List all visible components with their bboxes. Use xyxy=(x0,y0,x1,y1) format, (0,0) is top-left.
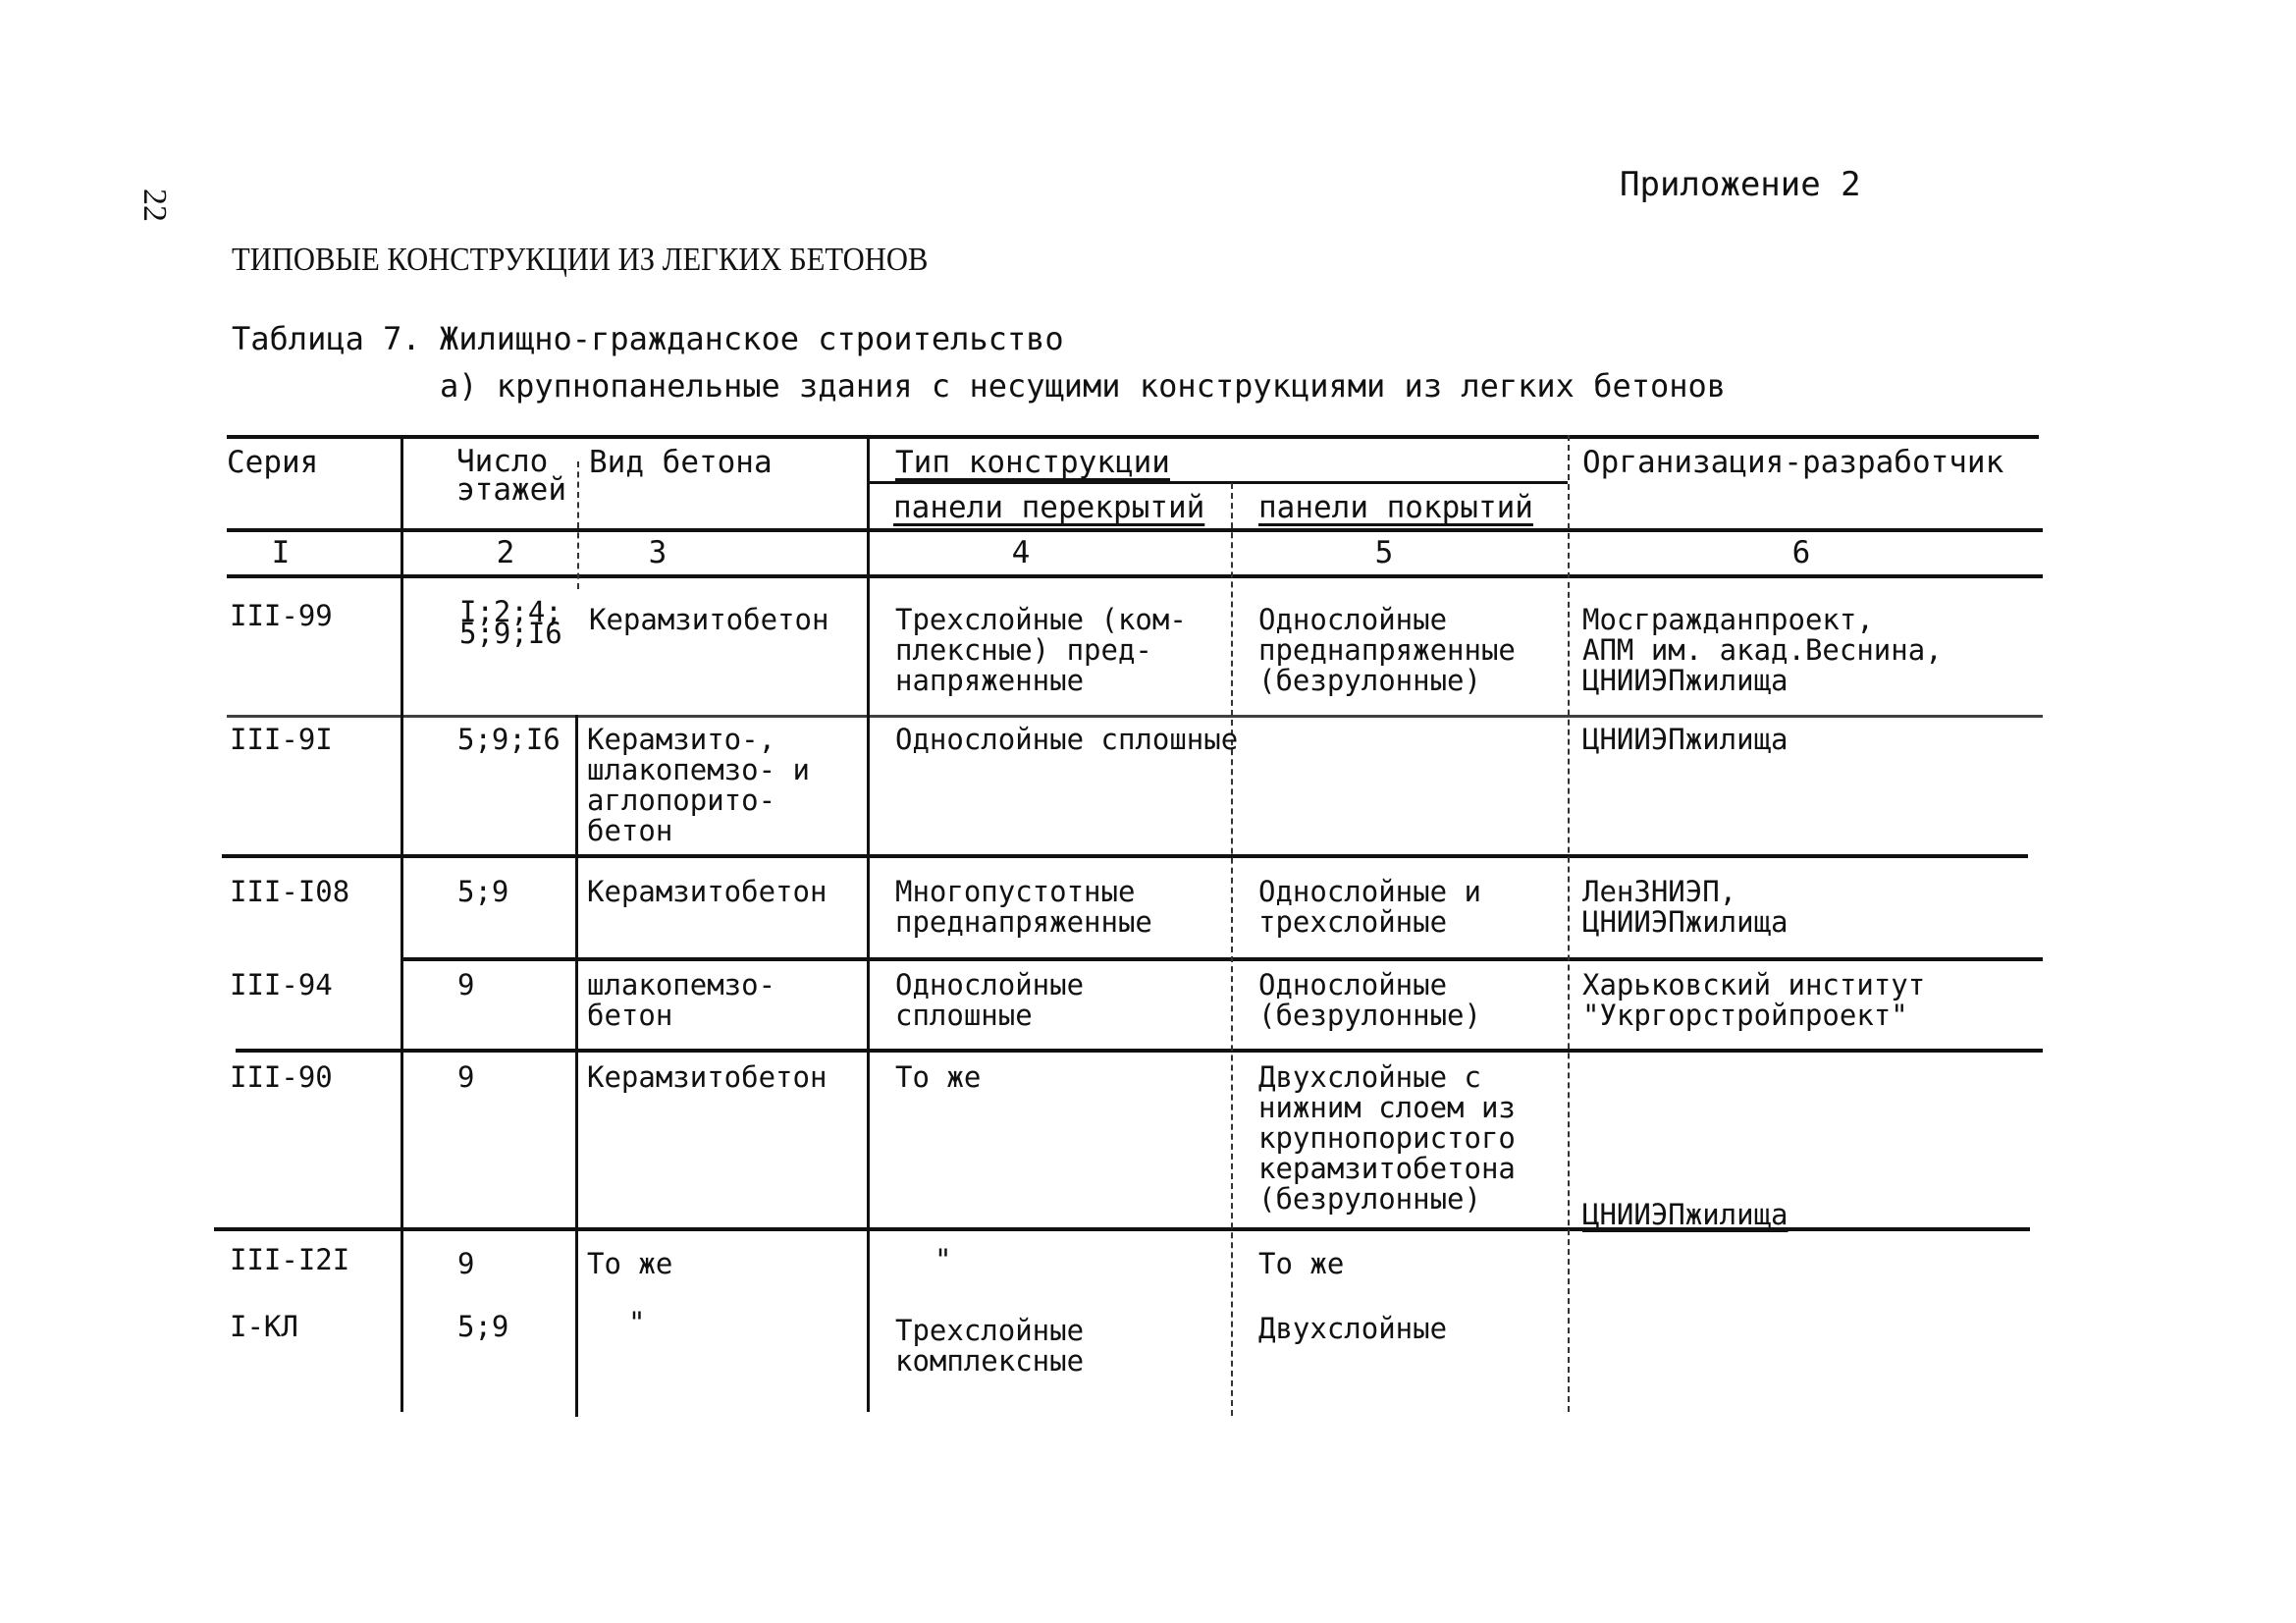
cell-floors: 9 xyxy=(457,1249,474,1279)
cell-series: III-90 xyxy=(230,1062,333,1093)
header-roof-panels: панели покрытий xyxy=(1258,493,1533,523)
cell-series: III-94 xyxy=(230,970,333,1001)
cell-roof-panels: Двухслойные xyxy=(1258,1314,1447,1344)
cell-roof-panels: То же xyxy=(1258,1249,1344,1279)
cell-concrete: Керамзитобетон xyxy=(589,605,828,635)
cell-series: III-I2I xyxy=(230,1245,349,1275)
cell-concrete: Керамзито-, шлакопемзо- и аглопорито- бе… xyxy=(587,725,810,846)
cell-floors: 5;9;I6 xyxy=(457,725,561,755)
header-series: Серия xyxy=(227,448,318,478)
cell-series: I-КЛ xyxy=(230,1312,298,1342)
page-number: 22 xyxy=(135,189,173,222)
header-construction-type: Тип конструкции xyxy=(895,448,1170,478)
header-developer: Организация-разработчик xyxy=(1582,448,2003,478)
col-rule xyxy=(1231,483,1233,1416)
cell-floor-panels: То же xyxy=(895,1062,981,1093)
row-rule xyxy=(227,715,2043,718)
cell-concrete: " xyxy=(628,1308,645,1338)
cell-roof-panels: Однослойные преднапряженные (безрулонные… xyxy=(1258,605,1516,696)
header-bottom-rule xyxy=(227,528,2043,532)
col-number: 3 xyxy=(604,538,712,568)
header-subrule xyxy=(867,481,1568,484)
col-rule xyxy=(867,435,870,1412)
col-number: 6 xyxy=(1747,538,1855,568)
cell-developer: ЛенЗНИЭП, ЦНИИЭПжилища xyxy=(1582,877,1789,938)
cell-series: III-99 xyxy=(230,601,333,631)
numbers-rule xyxy=(227,574,2043,578)
cell-concrete: Керамзитобетон xyxy=(587,877,827,907)
row-rule xyxy=(400,957,2043,961)
cell-roof-panels: Однослойные и трехслойные xyxy=(1258,877,1481,938)
cell-developer: ЦНИИЭПжилища xyxy=(1582,1200,1789,1230)
cell-floor-panels: Трехслойные (ком- плексные) пред- напряж… xyxy=(895,605,1187,696)
col-rule xyxy=(400,435,403,1412)
col-rule xyxy=(575,715,578,1417)
row-rule xyxy=(222,854,2028,858)
cell-floors: 5;9 xyxy=(457,1312,508,1342)
cell-roof-panels: Однослойные (безрулонные) xyxy=(1258,970,1481,1031)
cell-developer: Мосгражданпроект, АПМ им. акад.Веснина, … xyxy=(1582,605,1943,696)
cell-floor-panels: " xyxy=(934,1245,951,1275)
cell-floor-panels: Однослойные сплошные xyxy=(895,970,1084,1031)
col-number: 5 xyxy=(1330,538,1438,568)
header-floors: Число этажей xyxy=(456,448,566,505)
cell-floor-panels: Многопустотные преднапряженные xyxy=(895,877,1152,938)
cell-concrete: Керамзитобетон xyxy=(587,1062,827,1093)
cell-floors: 9 xyxy=(457,970,474,1001)
cell-floors: I;2;4; 5;9;I6 xyxy=(459,601,562,644)
table-title: Таблица 7. Жилищно-гражданское строитель… xyxy=(232,320,1064,357)
cell-concrete: То же xyxy=(587,1249,672,1279)
main-title: ТИПОВЫЕ КОНСТРУКЦИИ ИЗ ЛЕГКИХ БЕТОНОВ xyxy=(232,242,928,279)
cell-developer: Харьковский институт "Укргорстройпроект" xyxy=(1582,970,1925,1031)
col-number: 2 xyxy=(452,538,560,568)
cell-developer: ЦНИИЭПжилища xyxy=(1582,725,1789,755)
col-rule xyxy=(1568,435,1570,1412)
cell-floors: 9 xyxy=(457,1062,474,1093)
col-number: I xyxy=(227,538,335,568)
header-floor-panels: панели перекрытий xyxy=(893,493,1204,523)
header-concrete: Вид бетона xyxy=(589,448,773,478)
table-top-rule xyxy=(227,435,2039,439)
row-rule xyxy=(236,1049,2043,1053)
cell-series: III-9I xyxy=(230,725,333,755)
col-rule xyxy=(577,461,579,589)
cell-floors: 5;9 xyxy=(457,877,508,907)
cell-series: III-I08 xyxy=(230,877,349,907)
cell-concrete: шлакопемзо- бетон xyxy=(587,970,775,1031)
col-number: 4 xyxy=(967,538,1075,568)
appendix-label: Приложение 2 xyxy=(1620,165,1861,204)
cell-floor-panels: Трехслойные комплексные xyxy=(895,1316,1084,1377)
cell-floor-panels: Однослойные сплошные xyxy=(895,725,1238,755)
table-subtitle: а) крупнопанельные здания с несущими кон… xyxy=(440,367,1726,405)
cell-roof-panels: Двухслойные с нижним слоем из крупнопори… xyxy=(1258,1062,1516,1215)
